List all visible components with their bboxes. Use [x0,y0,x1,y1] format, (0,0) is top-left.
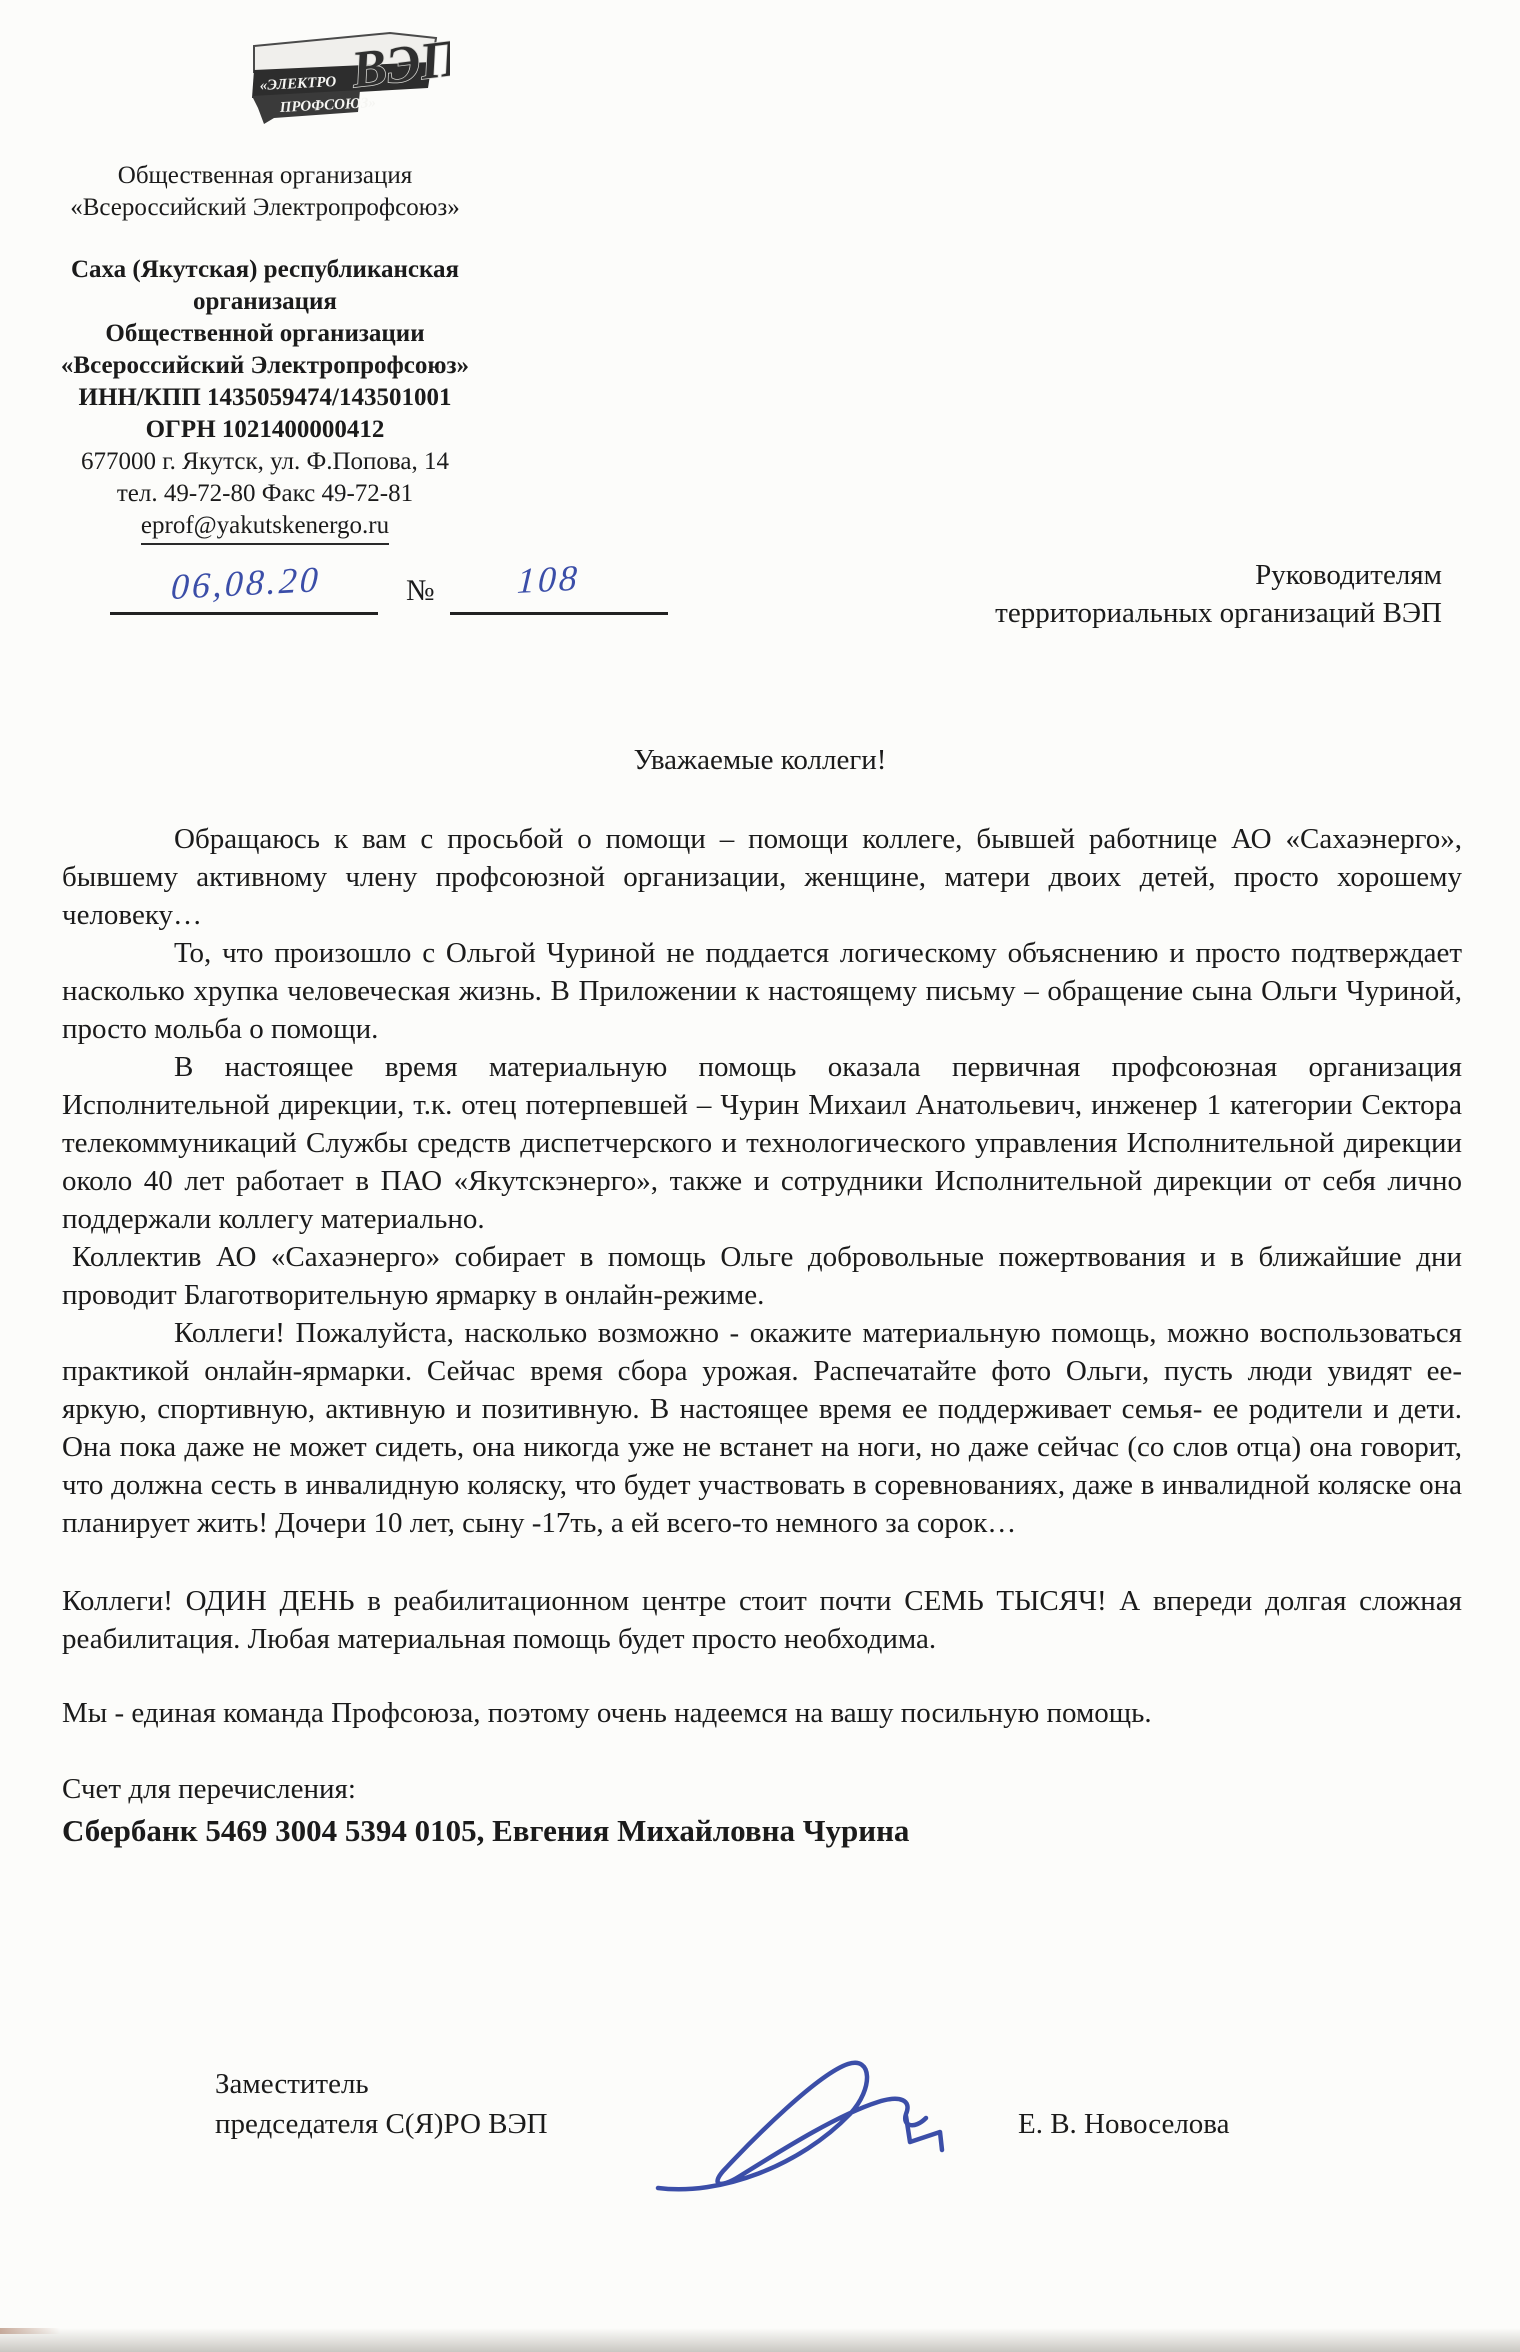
inn-kpp: ИНН/КПП 1435059474/143501001 [55,382,475,414]
date-underline [110,612,378,615]
addressee-line: территориальных организаций ВЭП [882,594,1442,632]
paragraph: Мы - единая команда Профсоюза, поэтому о… [62,1694,1462,1732]
paragraph: Коллектив АО «Сахаэнерго» собирает в пом… [62,1238,1462,1314]
email-address: eprof@yakutskenergo.ru [141,510,389,545]
number-underline [450,612,668,615]
handwritten-number: 108 [516,557,581,602]
paragraph: В настоящее время материальную помощь ок… [62,1048,1462,1238]
paragraph: Коллеги! Пожалуйста, насколько возможно … [62,1314,1462,1542]
signer-role-line: Заместитель [215,2064,635,2104]
org-branch-line: «Всероссийский Электропрофсоюз» [55,350,475,382]
scanned-letter-page: «ЭЛЕКТРО ПРОФСОЮЗ» ВЭП Общественная орга… [0,0,1520,2352]
org-name-line: Общественная организация [55,160,475,192]
org-name-line: «Всероссийский Электропрофсоюз» [55,192,475,224]
postal-address: 677000 г. Якутск, ул. Ф.Попова, 14 [55,446,475,478]
account-details: Сбербанк 5469 3004 5394 0105, Евгения Ми… [62,1812,1462,1850]
scan-shadow [0,2328,1520,2352]
ogrn: ОГРН 1021400000412 [55,414,475,446]
signer-name: Е. В. Новоселова [1018,2108,1229,2141]
paragraph: То, что произошло с Ольгой Чуриной не по… [62,934,1462,1048]
addressee-block: Руководителям территориальных организаци… [882,556,1442,632]
signer-role: Заместитель председателя С(Я)РО ВЭП [215,2064,635,2144]
account-label: Счет для перечисления: [62,1770,1462,1808]
number-sign: № [406,574,435,608]
signer-role-line: председателя С(Я)РО ВЭП [215,2104,635,2144]
vep-flag-logo: «ЭЛЕКТРО ПРОФСОЮЗ» ВЭП [240,28,450,128]
org-branch-line: Саха (Якутская) республиканская [55,254,475,286]
letterhead: Общественная организация «Всероссийский … [55,160,475,545]
phone-fax: тел. 49-72-80 Факс 49-72-81 [55,478,475,510]
addressee-line: Руководителям [882,556,1442,594]
paragraph: Коллеги! ОДИН ДЕНЬ в реабилитационном це… [62,1582,1462,1658]
paragraph: Обращаюсь к вам с просьбой о помощи – по… [62,820,1462,934]
org-branch-line: организация [55,286,475,318]
handwritten-date: 06,08.20 [170,558,322,608]
org-branch-line: Общественной организации [55,318,475,350]
salutation: Уважаемые коллеги! [0,744,1520,777]
registration-line: 06,08.20 № 108 [110,566,670,622]
letter-body: Обращаюсь к вам с просьбой о помощи – по… [62,820,1462,1850]
handwritten-signature [650,2038,980,2218]
